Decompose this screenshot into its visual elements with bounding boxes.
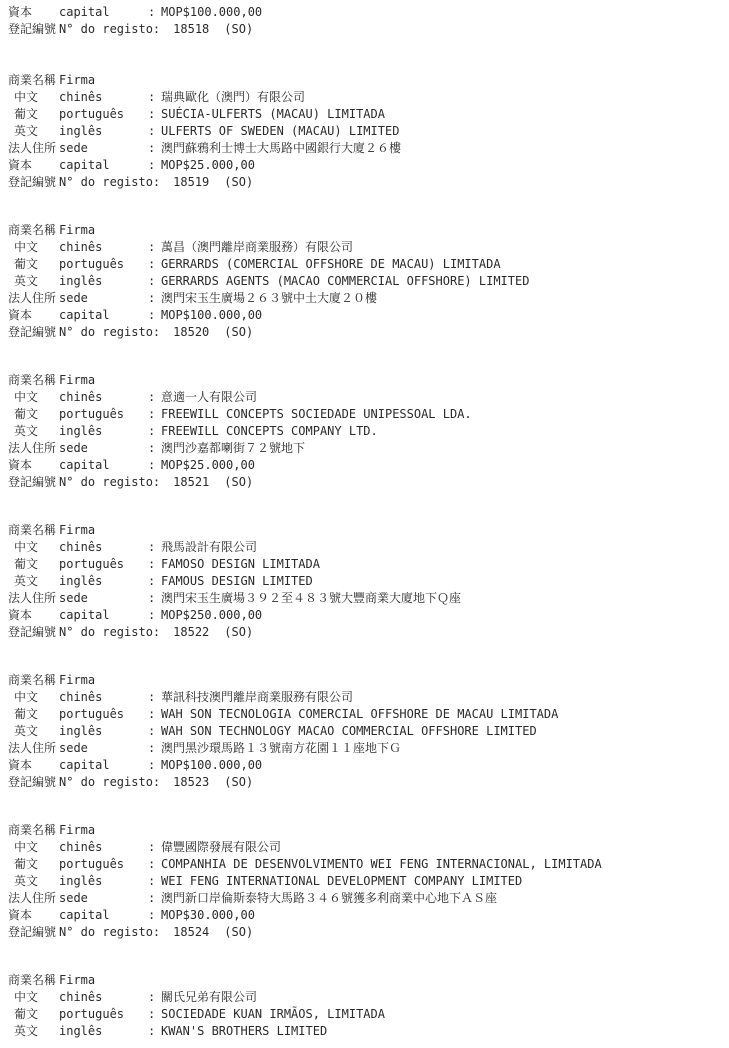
english-name-value: ULFERTS OF SWEDEN (MACAU) LIMITED: [161, 124, 399, 138]
registo-number: 18523: [173, 775, 209, 789]
registo-label-pt: N° do registo:: [59, 175, 160, 189]
capital-label-pt: capital: [59, 607, 148, 624]
capital-label-zh: 資本: [8, 157, 59, 174]
chinese-name-row: 中文chinês:萬昌（澳門離岸商業服務）有限公司: [8, 239, 729, 256]
portuguese-name-row: 葡文português:SUÉCIA-ULFERTS (MACAU) LIMIT…: [8, 106, 729, 123]
capital-row: 資本capital:MOP$25.000,00: [8, 157, 729, 174]
sede-row: 法人住所sede:澳門黑沙環馬路１３號南方花園１１座地下Ｇ: [8, 740, 729, 757]
capital-row: 資本capital:MOP$25.000,00: [8, 457, 729, 474]
colon: :: [148, 389, 161, 406]
colon: :: [148, 873, 161, 890]
capital-value: MOP$100.000,00: [161, 308, 262, 322]
registo-number: 18524: [173, 925, 209, 939]
chinese-label-zh: 中文: [8, 839, 59, 856]
portuguese-label-zh: 葡文: [8, 706, 59, 723]
company-record: 商業名稱Firma 中文chinês:偉豐國際發展有限公司 葡文portuguê…: [8, 822, 729, 941]
registo-row: 登記編號N° do registo:18522(SO): [8, 624, 729, 641]
firma-label-pt: Firma: [59, 72, 148, 89]
colon: :: [148, 907, 161, 924]
chinese-name-row: 中文chinês:瑞典歐化（澳門）有限公司: [8, 89, 729, 106]
capital-label-zh: 資本: [8, 457, 59, 474]
capital-label-zh: 資本: [8, 607, 59, 624]
colon: :: [148, 1023, 161, 1040]
english-label-zh: 英文: [8, 423, 59, 440]
colon: :: [148, 890, 161, 907]
chinese-name-value: 意適一人有限公司: [161, 390, 257, 404]
english-label-zh: 英文: [8, 573, 59, 590]
company-record: 商業名稱Firma 中文chinês:飛馬設計有限公司 葡文português:…: [8, 522, 729, 641]
english-label-zh: 英文: [8, 1023, 59, 1040]
capital-label-zh: 資本: [8, 4, 59, 21]
english-name-row: 英文inglês:KWAN'S BROTHERS LIMITED: [8, 1023, 729, 1040]
firma-label-pt: Firma: [59, 972, 148, 989]
english-name-row: 英文inglês:ULFERTS OF SWEDEN (MACAU) LIMIT…: [8, 123, 729, 140]
chinese-label-zh: 中文: [8, 689, 59, 706]
capital-label-zh: 資本: [8, 907, 59, 924]
registo-row: 登記編號N° do registo:18519(SO): [8, 174, 729, 191]
sede-value: 澳門宋玉生廣場３９２至４８３號大豐商業大廈地下Ｑ座: [161, 591, 461, 605]
colon: :: [148, 440, 161, 457]
registo-number: 18518: [173, 22, 209, 36]
company-record: 商業名稱Firma 中文chinês:萬昌（澳門離岸商業服務）有限公司 葡文po…: [8, 222, 729, 341]
chinese-name-value: 飛馬設計有限公司: [161, 540, 257, 554]
capital-value: MOP$25.000,00: [161, 158, 255, 172]
registo-label-pt: N° do registo:: [59, 925, 160, 939]
english-label-zh: 英文: [8, 123, 59, 140]
registo-label-pt: N° do registo:: [59, 475, 160, 489]
registo-number: 18521: [173, 475, 209, 489]
firma-label-zh: 商業名稱: [8, 672, 59, 689]
capital-label-pt: capital: [59, 757, 148, 774]
capital-row: 資本capital:MOP$100.000,00: [8, 307, 729, 324]
registo-suffix: (SO): [224, 925, 253, 939]
colon: :: [148, 723, 161, 740]
colon: :: [148, 573, 161, 590]
colon: :: [148, 539, 161, 556]
chinese-name-row: 中文chinês:關氏兄弟有限公司: [8, 989, 729, 1006]
chinese-name-row: 中文chinês:華訊科技澳門離岸商業服務有限公司: [8, 689, 729, 706]
chinese-name-value: 偉豐國際發展有限公司: [161, 840, 281, 854]
colon: :: [148, 1006, 161, 1023]
registo-label-zh: 登記編號: [8, 774, 59, 791]
chinese-label-zh: 中文: [8, 89, 59, 106]
firma-label-pt: Firma: [59, 222, 148, 239]
colon: :: [148, 423, 161, 440]
sede-label-pt: sede: [59, 590, 148, 607]
colon: :: [148, 4, 161, 21]
chinese-label-pt: chinês: [59, 989, 148, 1006]
portuguese-label-pt: português: [59, 706, 148, 723]
portuguese-label-zh: 葡文: [8, 256, 59, 273]
chinese-label-pt: chinês: [59, 539, 148, 556]
company-record: 商業名稱Firma 中文chinês:華訊科技澳門離岸商業服務有限公司 葡文po…: [8, 672, 729, 791]
registo-label-pt: N° do registo:: [59, 325, 160, 339]
sede-row: 法人住所sede:澳門蘇鴉利士博士大馬路中國銀行大廈２６樓: [8, 140, 729, 157]
english-label-zh: 英文: [8, 273, 59, 290]
portuguese-label-zh: 葡文: [8, 556, 59, 573]
chinese-name-value: 萬昌（澳門離岸商業服務）有限公司: [161, 240, 353, 254]
chinese-label-pt: chinês: [59, 239, 148, 256]
firma-row: 商業名稱Firma: [8, 672, 729, 689]
sede-value: 澳門新口岸倫斯泰特大馬路３４６號獲多利商業中心地下ＡＳ座: [161, 891, 497, 905]
english-label-pt: inglês: [59, 573, 148, 590]
capital-label-zh: 資本: [8, 307, 59, 324]
sede-row: 法人住所sede:澳門沙嘉都喇街７２號地下: [8, 440, 729, 457]
firma-label-zh: 商業名稱: [8, 822, 59, 839]
sede-label-zh: 法人住所: [8, 890, 59, 907]
english-label-pt: inglês: [59, 423, 148, 440]
capital-label-pt: capital: [59, 457, 148, 474]
portuguese-label-pt: português: [59, 406, 148, 423]
colon: :: [148, 307, 161, 324]
capital-value: MOP$100.000,00: [161, 5, 262, 19]
chinese-name-row: 中文chinês:意適一人有限公司: [8, 389, 729, 406]
firma-label-pt: Firma: [59, 822, 148, 839]
chinese-label-zh: 中文: [8, 989, 59, 1006]
chinese-name-row: 中文chinês:偉豐國際發展有限公司: [8, 839, 729, 856]
colon: :: [148, 856, 161, 873]
english-name-row: 英文inglês:GERRARDS AGENTS (MACAO COMMERCI…: [8, 273, 729, 290]
portuguese-name-value: SUÉCIA-ULFERTS (MACAU) LIMITADA: [161, 107, 385, 121]
sede-value: 澳門宋玉生廣場２６３號中土大廈２０樓: [161, 291, 377, 305]
portuguese-label-pt: português: [59, 1006, 148, 1023]
portuguese-name-value: FAMOSO DESIGN LIMITADA: [161, 557, 320, 571]
colon: :: [148, 689, 161, 706]
portuguese-label-pt: português: [59, 856, 148, 873]
portuguese-name-value: SOCIEDADE KUAN IRMÃOS, LIMITADA: [161, 1007, 385, 1021]
firma-label-pt: Firma: [59, 672, 148, 689]
registo-label-pt: N° do registo:: [59, 22, 160, 36]
colon: :: [148, 457, 161, 474]
portuguese-name-row: 葡文português:FREEWILL CONCEPTS SOCIEDADE …: [8, 406, 729, 423]
colon: :: [148, 123, 161, 140]
english-name-row: 英文inglês:WAH SON TECHNOLOGY MACAO COMMER…: [8, 723, 729, 740]
english-name-value: FREEWILL CONCEPTS COMPANY LTD.: [161, 424, 378, 438]
firma-row: 商業名稱Firma: [8, 522, 729, 539]
capital-value: MOP$100.000,00: [161, 758, 262, 772]
capital-row: 資本capital:MOP$100.000,00: [8, 757, 729, 774]
chinese-name-value: 瑞典歐化（澳門）有限公司: [161, 90, 305, 104]
english-label-zh: 英文: [8, 723, 59, 740]
colon: :: [148, 706, 161, 723]
sede-label-zh: 法人住所: [8, 590, 59, 607]
firma-label-pt: Firma: [59, 372, 148, 389]
firma-row: 商業名稱Firma: [8, 222, 729, 239]
registo-suffix: (SO): [224, 625, 253, 639]
sede-label-pt: sede: [59, 140, 148, 157]
chinese-name-row: 中文chinês:飛馬設計有限公司: [8, 539, 729, 556]
firma-row: 商業名稱Firma: [8, 372, 729, 389]
english-name-value: KWAN'S BROTHERS LIMITED: [161, 1024, 327, 1038]
english-label-pt: inglês: [59, 123, 148, 140]
portuguese-label-zh: 葡文: [8, 856, 59, 873]
portuguese-label-zh: 葡文: [8, 1006, 59, 1023]
capital-row: 資本capital:MOP$30.000,00: [8, 907, 729, 924]
registo-number: 18520: [173, 325, 209, 339]
registo-suffix: (SO): [224, 175, 253, 189]
chinese-label-pt: chinês: [59, 689, 148, 706]
capital-row: 資本capital:MOP$100.000,00: [8, 4, 729, 21]
registry-document: 資本capital:MOP$100.000,00 登記編號N° do regis…: [0, 0, 729, 1048]
sede-value: 澳門黑沙環馬路１３號南方花園１１座地下Ｇ: [161, 741, 401, 755]
english-name-value: WAH SON TECHNOLOGY MACAO COMMERCIAL OFFS…: [161, 724, 537, 738]
registo-number: 18522: [173, 625, 209, 639]
sede-label-pt: sede: [59, 740, 148, 757]
capital-label-pt: capital: [59, 907, 148, 924]
registo-suffix: (SO): [224, 325, 253, 339]
firma-row: 商業名稱Firma: [8, 822, 729, 839]
english-label-zh: 英文: [8, 873, 59, 890]
portuguese-name-value: FREEWILL CONCEPTS SOCIEDADE UNIPESSOAL L…: [161, 407, 472, 421]
registo-label-zh: 登記編號: [8, 21, 59, 38]
colon: :: [148, 273, 161, 290]
registo-label-zh: 登記編號: [8, 624, 59, 641]
registo-label-zh: 登記編號: [8, 474, 59, 491]
registo-suffix: (SO): [224, 22, 253, 36]
chinese-label-zh: 中文: [8, 239, 59, 256]
registo-row: 登記編號N° do registo:18520(SO): [8, 324, 729, 341]
colon: :: [148, 256, 161, 273]
company-record: 商業名稱Firma 中文chinês:瑞典歐化（澳門）有限公司 葡文portug…: [8, 72, 729, 191]
registo-suffix: (SO): [224, 775, 253, 789]
portuguese-name-row: 葡文português:SOCIEDADE KUAN IRMÃOS, LIMIT…: [8, 1006, 729, 1023]
colon: :: [148, 757, 161, 774]
capital-label-pt: capital: [59, 4, 148, 21]
colon: :: [148, 556, 161, 573]
portuguese-label-zh: 葡文: [8, 406, 59, 423]
chinese-label-pt: chinês: [59, 89, 148, 106]
portuguese-name-value: COMPANHIA DE DESENVOLVIMENTO WEI FENG IN…: [161, 857, 602, 871]
registo-row: 登記編號N° do registo:18524(SO): [8, 924, 729, 941]
english-name-value: GERRARDS AGENTS (MACAO COMMERCIAL OFFSHO…: [161, 274, 529, 288]
registo-label-pt: N° do registo:: [59, 775, 160, 789]
sede-value: 澳門沙嘉都喇街７２號地下: [161, 441, 305, 455]
chinese-name-value: 關氏兄弟有限公司: [161, 990, 257, 1004]
firma-label-zh: 商業名稱: [8, 972, 59, 989]
registo-row: 登記編號N° do registo:18523(SO): [8, 774, 729, 791]
company-record-partial-bottom: 商業名稱Firma 中文chinês:關氏兄弟有限公司 葡文português:…: [8, 972, 729, 1040]
chinese-name-value: 華訊科技澳門離岸商業服務有限公司: [161, 690, 353, 704]
portuguese-label-pt: português: [59, 256, 148, 273]
portuguese-name-row: 葡文português:WAH SON TECNOLOGIA COMERCIAL…: [8, 706, 729, 723]
portuguese-name-value: GERRARDS (COMERCIAL OFFSHORE DE MACAU) L…: [161, 257, 501, 271]
english-label-pt: inglês: [59, 1023, 148, 1040]
chinese-label-pt: chinês: [59, 389, 148, 406]
registo-row: 登記編號N° do registo:18518(SO): [8, 21, 729, 38]
registo-label-pt: N° do registo:: [59, 625, 160, 639]
portuguese-label-pt: português: [59, 106, 148, 123]
english-name-value: WEI FENG INTERNATIONAL DEVELOPMENT COMPA…: [161, 874, 522, 888]
english-label-pt: inglês: [59, 873, 148, 890]
capital-value: MOP$250.000,00: [161, 608, 262, 622]
capital-row: 資本capital:MOP$250.000,00: [8, 607, 729, 624]
company-record-partial-top: 資本capital:MOP$100.000,00 登記編號N° do regis…: [8, 4, 729, 38]
colon: :: [148, 406, 161, 423]
firma-label-zh: 商業名稱: [8, 372, 59, 389]
chinese-label-zh: 中文: [8, 389, 59, 406]
registo-row: 登記編號N° do registo:18521(SO): [8, 474, 729, 491]
sede-label-pt: sede: [59, 890, 148, 907]
firma-row: 商業名稱Firma: [8, 972, 729, 989]
capital-label-zh: 資本: [8, 757, 59, 774]
sede-label-zh: 法人住所: [8, 290, 59, 307]
colon: :: [148, 607, 161, 624]
sede-row: 法人住所sede:澳門宋玉生廣場２６３號中土大廈２０樓: [8, 290, 729, 307]
english-name-value: FAMOUS DESIGN LIMITED: [161, 574, 313, 588]
firma-row: 商業名稱Firma: [8, 72, 729, 89]
colon: :: [148, 740, 161, 757]
english-name-row: 英文inglês:FREEWILL CONCEPTS COMPANY LTD.: [8, 423, 729, 440]
colon: :: [148, 157, 161, 174]
chinese-label-pt: chinês: [59, 839, 148, 856]
capital-label-pt: capital: [59, 307, 148, 324]
colon: :: [148, 89, 161, 106]
capital-value: MOP$30.000,00: [161, 908, 255, 922]
portuguese-label-zh: 葡文: [8, 106, 59, 123]
company-record: 商業名稱Firma 中文chinês:意適一人有限公司 葡文português:…: [8, 372, 729, 491]
colon: :: [148, 839, 161, 856]
firma-label-zh: 商業名稱: [8, 72, 59, 89]
registo-label-zh: 登記編號: [8, 174, 59, 191]
sede-row: 法人住所sede:澳門宋玉生廣場３９２至４８３號大豐商業大廈地下Ｑ座: [8, 590, 729, 607]
firma-label-zh: 商業名稱: [8, 222, 59, 239]
portuguese-name-row: 葡文português:COMPANHIA DE DESENVOLVIMENTO…: [8, 856, 729, 873]
registo-suffix: (SO): [224, 475, 253, 489]
sede-label-pt: sede: [59, 290, 148, 307]
capital-value: MOP$25.000,00: [161, 458, 255, 472]
colon: :: [148, 106, 161, 123]
colon: :: [148, 290, 161, 307]
registo-label-zh: 登記編號: [8, 924, 59, 941]
firma-label-pt: Firma: [59, 522, 148, 539]
sede-label-zh: 法人住所: [8, 740, 59, 757]
colon: :: [148, 590, 161, 607]
chinese-label-zh: 中文: [8, 539, 59, 556]
portuguese-label-pt: português: [59, 556, 148, 573]
portuguese-name-row: 葡文português:FAMOSO DESIGN LIMITADA: [8, 556, 729, 573]
sede-value: 澳門蘇鴉利士博士大馬路中國銀行大廈２６樓: [161, 141, 401, 155]
colon: :: [148, 140, 161, 157]
sede-label-pt: sede: [59, 440, 148, 457]
colon: :: [148, 239, 161, 256]
firma-label-zh: 商業名稱: [8, 522, 59, 539]
portuguese-name-row: 葡文português:GERRARDS (COMERCIAL OFFSHORE…: [8, 256, 729, 273]
colon: :: [148, 989, 161, 1006]
english-name-row: 英文inglês:WEI FENG INTERNATIONAL DEVELOPM…: [8, 873, 729, 890]
registo-label-zh: 登記編號: [8, 324, 59, 341]
sede-label-zh: 法人住所: [8, 140, 59, 157]
english-label-pt: inglês: [59, 723, 148, 740]
portuguese-name-value: WAH SON TECNOLOGIA COMERCIAL OFFSHORE DE…: [161, 707, 558, 721]
sede-row: 法人住所sede:澳門新口岸倫斯泰特大馬路３４６號獲多利商業中心地下ＡＳ座: [8, 890, 729, 907]
english-name-row: 英文inglês:FAMOUS DESIGN LIMITED: [8, 573, 729, 590]
registo-number: 18519: [173, 175, 209, 189]
capital-label-pt: capital: [59, 157, 148, 174]
sede-label-zh: 法人住所: [8, 440, 59, 457]
english-label-pt: inglês: [59, 273, 148, 290]
